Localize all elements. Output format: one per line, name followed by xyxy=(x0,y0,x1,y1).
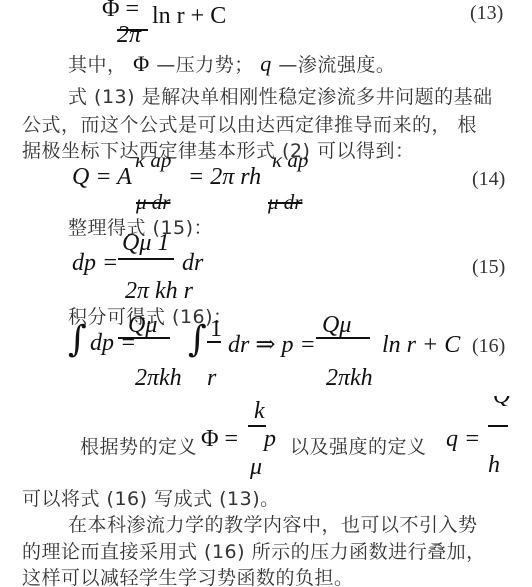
definition-Q-partial-text: Q xyxy=(493,396,510,406)
para2-line2: 的理论而直接采用式 (16) 所示的压力函数进行叠加， xyxy=(22,537,486,564)
para1-line2: 公式，而这个公式是可以由达西定律推导而来的， 根 xyxy=(22,110,477,137)
eq14-sub2: μ dr xyxy=(268,190,302,215)
eq16-num1: Qμ xyxy=(128,312,157,339)
eq14-sub1: μ dr xyxy=(136,190,170,215)
eq15-number: (15) xyxy=(472,256,505,279)
eq16-den2: r xyxy=(207,365,216,392)
para1-line1: 式 (13) 是解决单相刚性稳定渗流多井问题的基础 xyxy=(68,82,493,109)
eq15-lhs: dp = xyxy=(72,250,118,277)
eq15-denominator: 2π kh r xyxy=(125,278,193,305)
para2-line1: 在本科渗流力学的教学内容中，也可以不引入势 xyxy=(68,510,478,537)
definition-h: h xyxy=(488,452,500,479)
rewrite-line: 可以将式 (16) 写成式 (13)。 xyxy=(22,484,280,511)
para2-line3: 这样可以减轻学生学习势函数的负担。 xyxy=(22,563,354,587)
definition-Q-partial: Q xyxy=(493,396,510,406)
definition-text2: 以及强度的定义 xyxy=(290,432,427,459)
q-symbol: q xyxy=(260,51,272,76)
phi-definition: —压力势； xyxy=(156,54,254,76)
eq16-rhs-text: ln r + C xyxy=(382,332,460,358)
eq13-rhs: ln r + C xyxy=(152,3,226,30)
para1-line3: 据极坐标下达西定律基本形式 (2) 可以得到： xyxy=(22,136,415,163)
q-definition: —渗流强度。 xyxy=(278,54,395,76)
definition-p: p xyxy=(264,426,276,453)
eq13-denominator: 2π xyxy=(117,22,141,49)
definition-phi-eq: Φ = xyxy=(201,426,238,453)
eq15-numerator: Qμ 1 xyxy=(122,230,169,257)
eq16-num3: Qμ xyxy=(322,312,351,339)
definition-k: k xyxy=(254,398,265,425)
eq13-number: (13) xyxy=(470,2,503,25)
where-line: 其中， Φ —压力势； q —渗流强度。 xyxy=(68,50,395,77)
eq16-mid: dr ⇒ p = xyxy=(228,330,316,359)
eq13-rhs-text: ln r + C xyxy=(152,3,226,29)
eq14-mid: = 2π rh xyxy=(188,164,261,191)
definition-q-eq: q = xyxy=(446,426,480,453)
eq14-lhs: Q = A xyxy=(72,164,132,191)
eq13-lhs: Φ = xyxy=(102,0,139,23)
eq16-fraction-line-2 xyxy=(207,341,221,343)
eq13-fraction-line xyxy=(117,29,148,31)
eq15-fraction-line xyxy=(118,258,174,260)
integral-sign-1: ∫ xyxy=(68,322,87,358)
eq16-fraction-line-1 xyxy=(118,337,170,339)
definition-text1: 根据势的定义 xyxy=(80,432,197,459)
eq15-rhs: dr xyxy=(182,250,203,277)
definition-fraction-line-2 xyxy=(488,425,508,427)
eq16-den3: 2πkh xyxy=(326,365,373,392)
eq14-number: (14) xyxy=(472,168,505,191)
eq16-num2: 1 xyxy=(210,316,222,343)
eq16-den1: 2πkh xyxy=(135,365,182,392)
eq16-number: (16) xyxy=(472,335,505,358)
eq14-sup2: κ ap xyxy=(272,148,308,173)
where-prefix: 其中， xyxy=(68,54,127,76)
eq14-mid-text: = 2π rh xyxy=(188,164,261,190)
eq14-sup1: κ ap xyxy=(135,148,171,173)
integral-sign-2: ∫ xyxy=(188,322,207,358)
definition-mu: μ xyxy=(250,454,262,481)
phi-symbol: Φ xyxy=(133,51,150,76)
eq16-rhs: ln r + C xyxy=(382,332,460,359)
eq16-fraction-line-3 xyxy=(316,337,370,339)
